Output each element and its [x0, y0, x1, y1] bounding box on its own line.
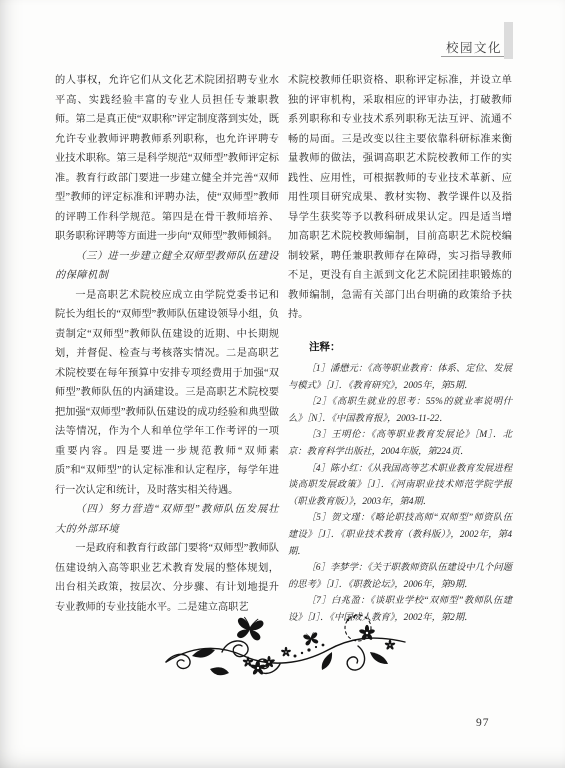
right-column-body: 术院校教师任职资格、职称评定标准，并设立单独的评审机构，采取相应的评审办法，打破…	[288, 71, 512, 325]
vine-swirls	[166, 615, 405, 673]
body-paragraph: 一是高职艺术院校应成立由学院党委书记和院长为组长的“双师型”教师队伍建设领导小组…	[55, 286, 279, 501]
note-item: ［2］《高职生就业的思考：55%的就业率说明什么》［N］．《中国教育报》，200…	[288, 394, 512, 427]
right-column: 术院校教师任职资格、职称评定标准，并设立单独的评审机构，采取相应的评审办法，打破…	[288, 71, 512, 627]
journal-page: 校园文化 的人事权，允许它们从文化艺术院团招聘专业水平高、实践经验丰富的专业人员…	[0, 0, 565, 768]
note-item: ［3］王明伦：《高等职业教育发展论》［M］．北京：教育科学出版社，2004年版，…	[288, 427, 512, 460]
body-paragraph: 一是政府和教育行政部门要将“双师型”教师队伍建设纳入高等职业艺术教育发展的整体规…	[55, 539, 279, 617]
note-item: ［1］潘懋元：《高等职业教育：体系、定位、发展与模式》［J］．《教育研究》，20…	[288, 361, 512, 394]
notes-list: ［1］潘懋元：《高等职业教育：体系、定位、发展与模式》［J］．《教育研究》，20…	[288, 361, 512, 627]
note-item: ［4］陈小红：《从我国高等艺术职业教育发展进程谈高职发展政策》［J］．《河南职业…	[288, 461, 512, 511]
page-number: 97	[476, 717, 490, 729]
body-paragraph: 术院校教师任职资格、职称评定标准，并设立单独的评审机构，采取相应的评审办法，打破…	[288, 71, 512, 325]
butterfly-icon	[236, 616, 320, 646]
running-head-section-label: 校园文化	[446, 38, 502, 56]
section-heading: （四）努力营造“双师型”教师队伍发展壮大的外部环境	[55, 500, 279, 539]
section-heading: （三）进一步建立健全双师型教师队伍建设的保障机制	[55, 247, 279, 286]
notes-heading: 注释：	[288, 338, 512, 358]
body-paragraph: 的人事权，允许它们从文化艺术院团招聘专业水平高、实践经验丰富的专业人员担任专兼职…	[55, 71, 279, 247]
header-rule	[441, 56, 504, 57]
notes-block: 注释： ［1］潘懋元：《高等职业教育：体系、定位、发展与模式》［J］．《教育研究…	[288, 338, 512, 627]
floral-flourish-ornament	[162, 612, 408, 688]
note-item: ［6］李梦学：《关于职教师资队伍建设中几个问题的思考》［J］．《职教论坛》，20…	[288, 560, 512, 593]
left-column: 的人事权，允许它们从文化艺术院团招聘专业水平高、实践经验丰富的专业人员担任专兼职…	[55, 71, 279, 617]
header-accent-bar	[504, 22, 513, 59]
note-item: ［5］贺文瑾：《略论职技高师“双师型”师资队伍建设》［J］．《职业技术教育（教科…	[288, 510, 512, 560]
